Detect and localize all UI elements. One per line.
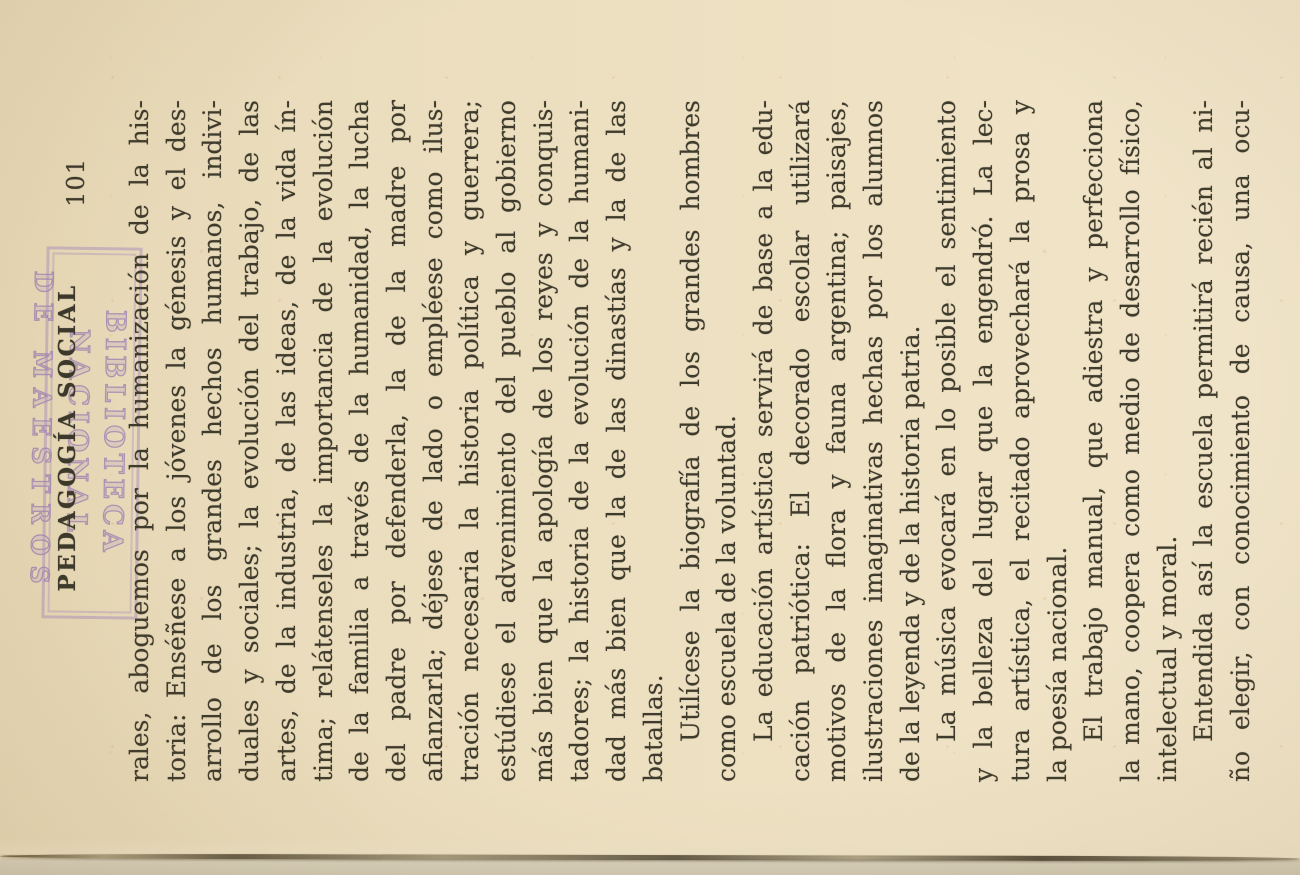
text-line: ilustraciones imaginativas hechas por lo… [856,100,893,782]
text-line: ño elegir, con conocimiento de causa, un… [1223,100,1260,782]
text-line: toria: Enséñese a los jóvenes la génesis… [159,100,196,782]
paragraph: Entendida así la escuela permitirá recié… [1186,100,1259,782]
text-line: La educación artística servirá de base a… [746,100,783,782]
text-line: motivos de la flora y fauna argentina; p… [819,100,856,782]
text-line: arrollo de los grandes hechos humanos, i… [195,100,232,782]
scanned-book-page: BIBLIOTECA NACIONAL DE MAESTROS PEDAGOGÍ… [0,0,1300,875]
page-curl-highlight [0,838,1300,854]
text-line: La música evocará en lo posible el senti… [929,100,966,782]
text-line: artes, de la industria, de las ideas, de… [269,100,306,782]
text-line: Entendida así la escuela permitirá recié… [1186,100,1223,782]
text-line: duales y sociales; la evolución del trab… [232,100,269,782]
text-line: la mano, coopera como medio de desarroll… [1113,100,1150,782]
text-line: de la leyenda y de la historia patria. [893,100,930,782]
text-line: Utilícese la biografía de los grandes ho… [673,100,710,782]
page-number: 101 [62,158,90,207]
text-line: estúdiese el advenimiento del pueblo al … [489,100,526,782]
text-line: tración necesaria la historia política y… [452,100,489,782]
paragraph: La educación artística servirá de base a… [746,100,930,782]
text-line: tima; relátenseles la importancia de la … [306,100,343,782]
paragraph: rales, aboguemos por la humanización de … [122,100,673,782]
text-line: intelectual y moral. [1150,100,1187,782]
text-line: dad más bien que la de las dinastías y l… [599,100,636,782]
text-line: batallas. [636,100,673,782]
text-line: de la familia a través de la humanidad, … [342,100,379,782]
text-line: la poesía nacional. [1040,100,1077,782]
text-line: tadores; la historia de la evolución de … [562,100,599,782]
text-line: tura artística, el recitado aprovechará … [1003,100,1040,782]
text-line: rales, aboguemos por la humanización de … [122,100,159,782]
text-line: El trabajo manual, que adiestra y perfec… [1076,100,1113,782]
paragraph: El trabajo manual, que adiestra y perfec… [1076,100,1186,782]
body-text: rales, aboguemos por la humanización de … [122,100,1260,782]
text-line: como escuela de la voluntad. [709,100,746,782]
running-title: PEDAGOGÍA SOCIAL [54,0,81,875]
paragraph: La música evocará en lo posible el senti… [929,100,1076,782]
text-line: del padre por defenderla, la de la madre… [379,100,416,782]
text-line: más bien que la apología de los reyes y … [526,100,563,782]
underlying-page-edge [0,859,1300,875]
book-page: BIBLIOTECA NACIONAL DE MAESTROS PEDAGOGÍ… [0,0,1300,875]
paragraph: Utilícese la biografía de los grandes ho… [673,100,746,782]
text-line: y la belleza del lugar que la engendró. … [966,100,1003,782]
text-line: cación patriótica: El decorado escolar u… [783,100,820,782]
text-line: afianzarla; déjese de lado o empléese co… [416,100,453,782]
